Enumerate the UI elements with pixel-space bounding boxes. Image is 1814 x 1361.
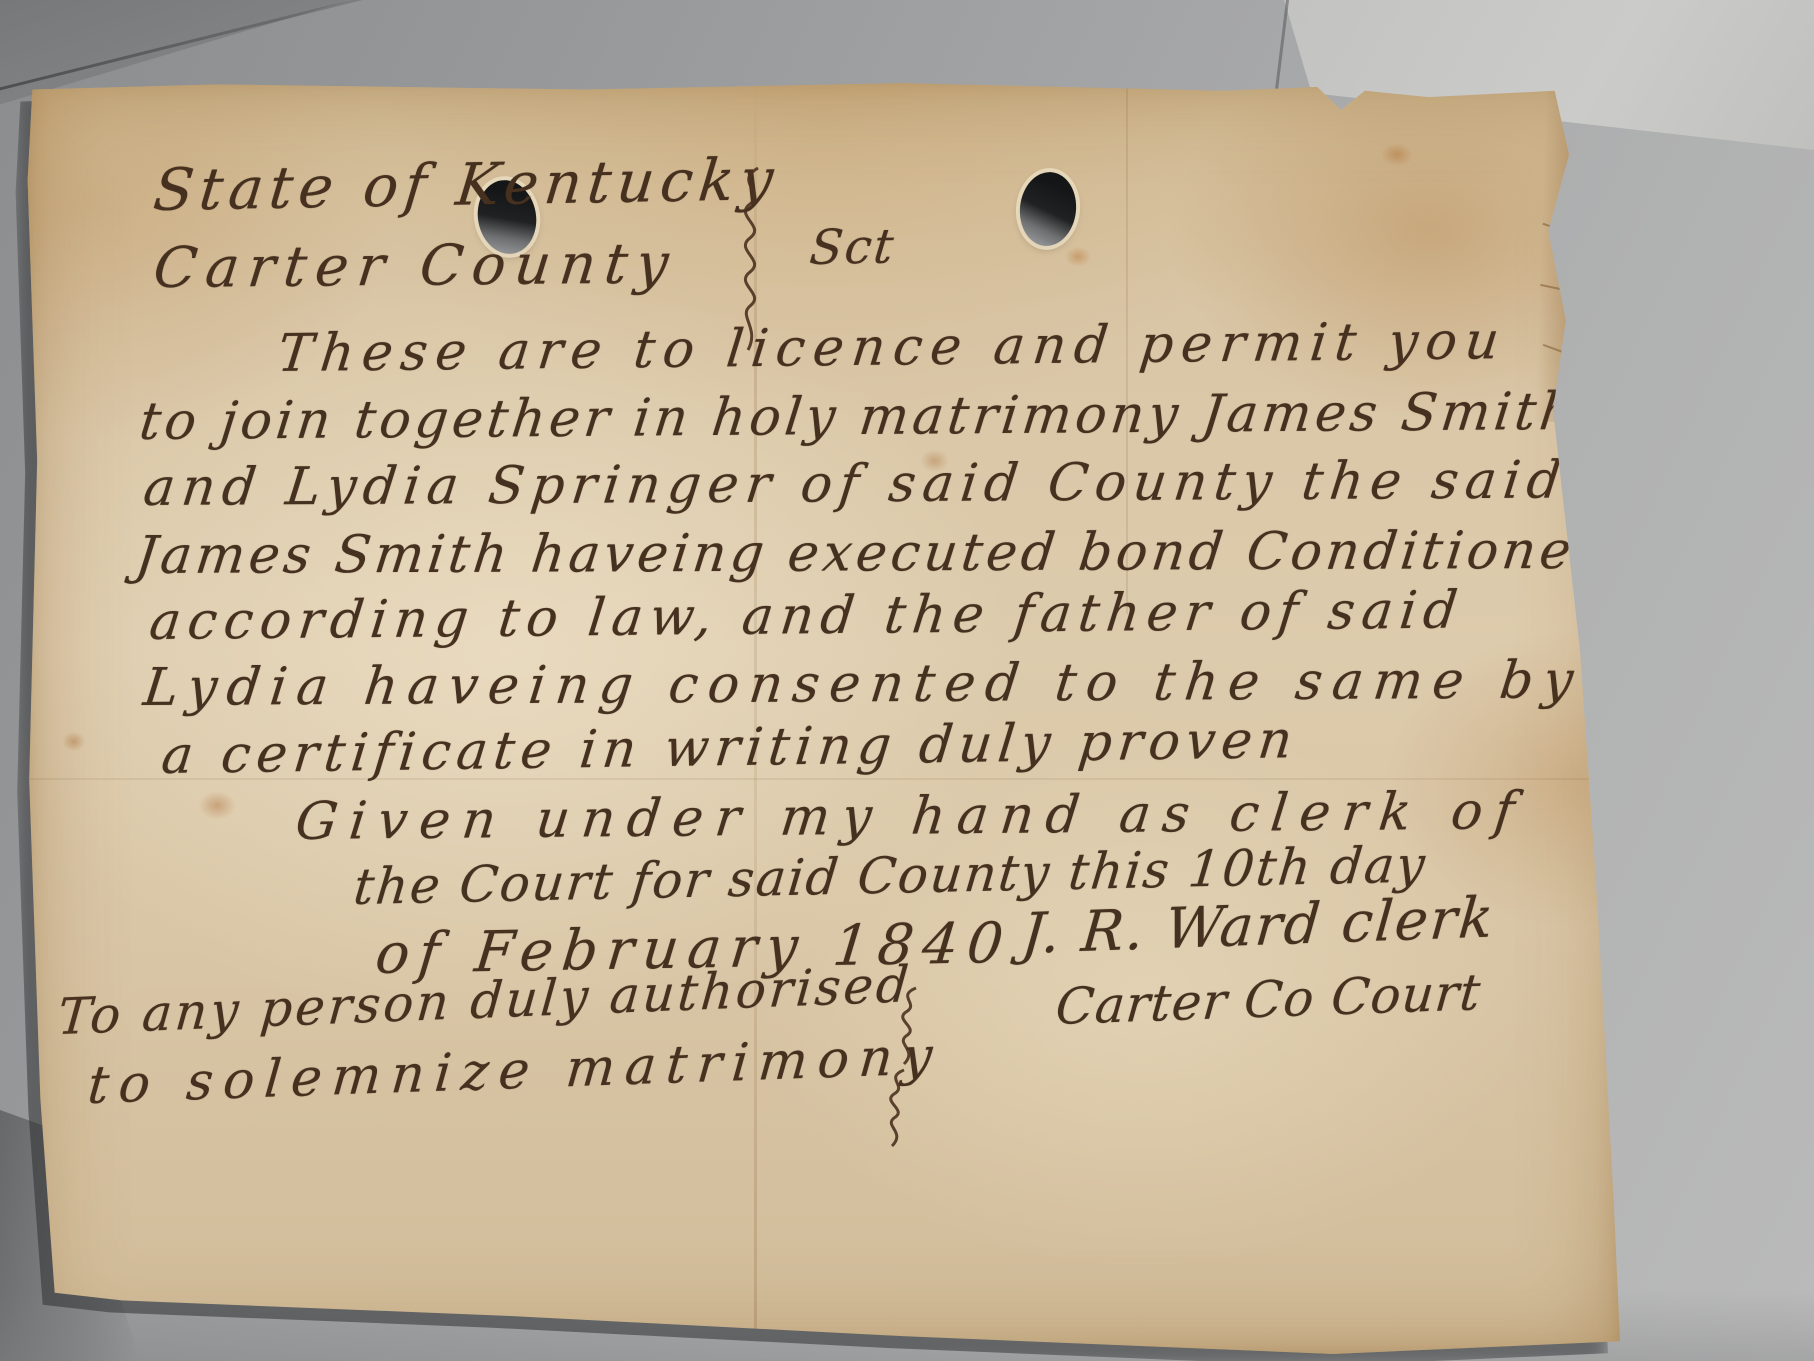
handwritten-line-body-1: These are to licence and permit you: [275, 311, 1510, 384]
handwritten-line-body-7: a certificate in writing duly proven: [159, 710, 1301, 786]
handwritten-line-body-4: James Smith haveing executed bond Condit…: [132, 521, 1615, 586]
handwritten-attestation: Sct: [807, 218, 898, 276]
folded-corner-shading: [1534, 91, 1591, 422]
handwritten-line-state: State of Kentucky: [150, 145, 782, 224]
brace-squiggle-icon: [888, 984, 924, 1068]
brace-squiggle-icon: [876, 1066, 912, 1150]
handwritten-signature-office: Carter Co Court: [1053, 963, 1483, 1036]
handwritten-line-body-3: and Lydia Springer of said County the sa…: [140, 451, 1571, 518]
photo-scene: State of Kentucky Carter County Sct Thes…: [0, 0, 1814, 1361]
paper-document: State of Kentucky Carter County Sct Thes…: [26, 78, 1620, 1354]
handwritten-line-body-2: to join together in holy matrimony James…: [137, 382, 1581, 452]
handwritten-line-body-5: according to law, and the father of said: [147, 581, 1468, 653]
handwritten-line-body-6: Lydia haveing consented to the same by: [140, 650, 1586, 718]
punch-hole-right-icon: [1016, 169, 1079, 248]
handwritten-line-county: Carter County: [150, 231, 680, 301]
